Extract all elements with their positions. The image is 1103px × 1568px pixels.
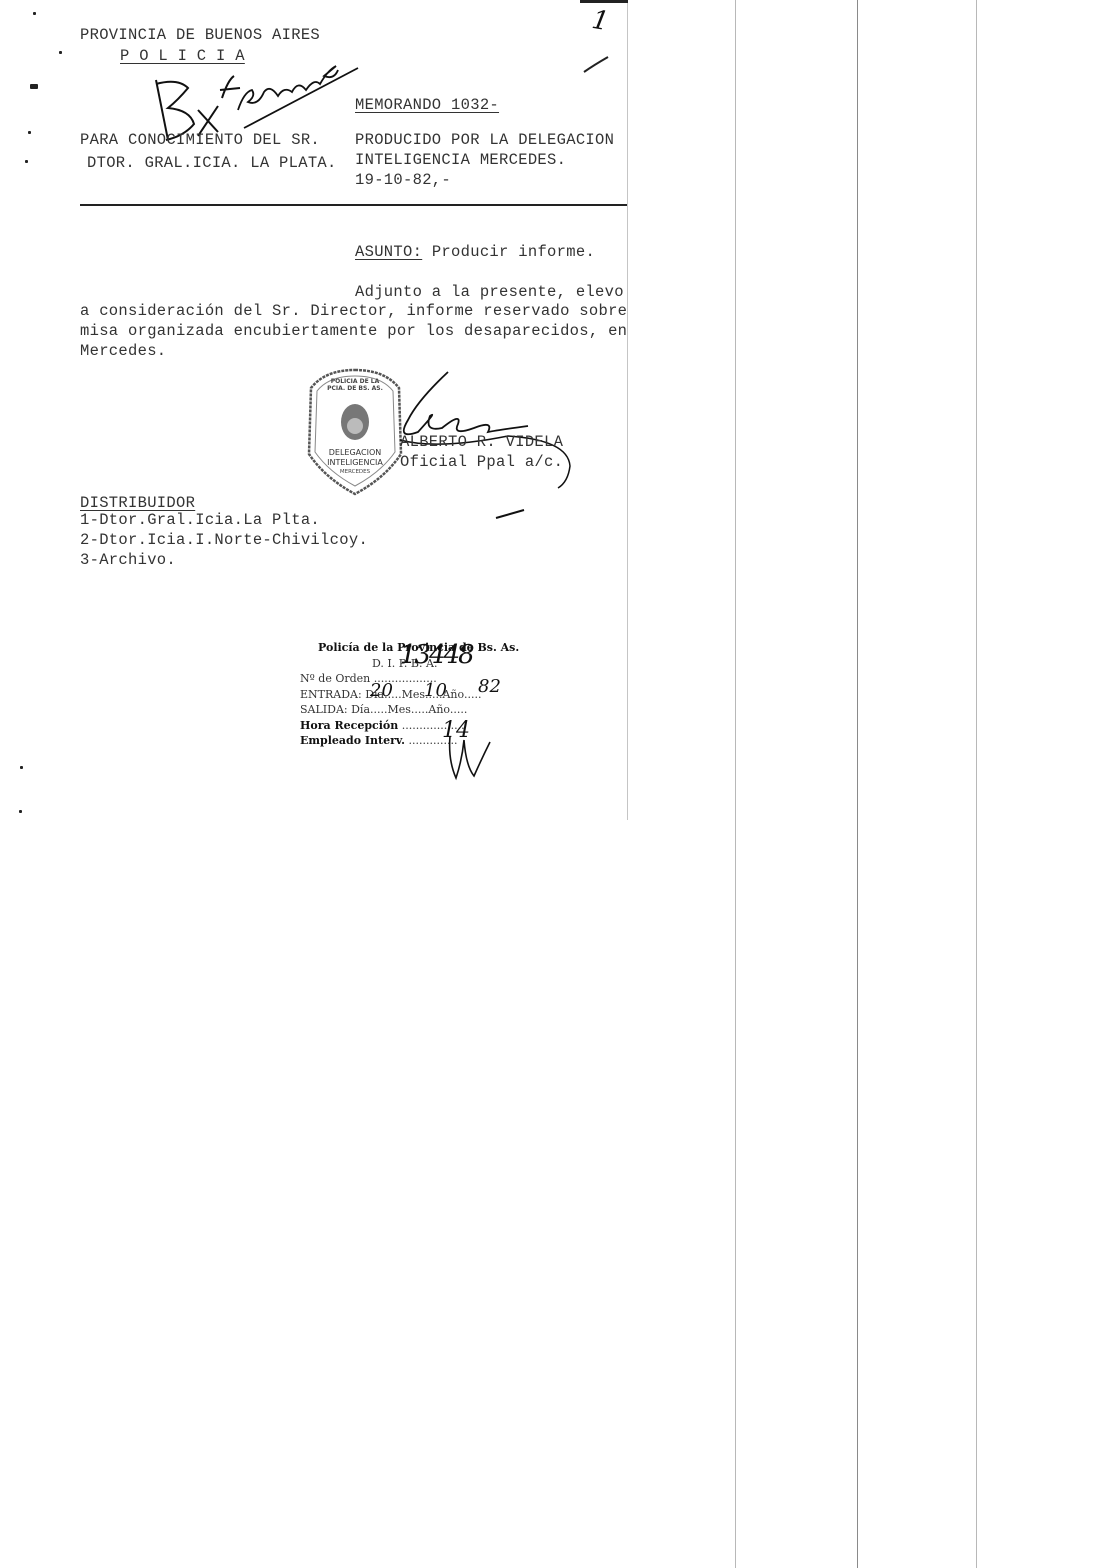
memo-number: MEMORANDO 1032-	[355, 96, 499, 114]
body-line-1: Adjunto a la presente, elevo	[355, 283, 624, 301]
scan-speck	[20, 766, 23, 769]
scan-artifact-line	[857, 0, 858, 1568]
header-divider	[80, 204, 627, 206]
distribution-item: 1-Dtor.Gral.Icia.La Plta.	[80, 511, 320, 529]
employee-label: Empleado Interv.	[300, 734, 405, 747]
exit-year-label: Año	[428, 703, 449, 716]
distribution-item: 2-Dtor.Icia.I.Norte-Chivilcoy.	[80, 531, 368, 549]
scan-artifact-line	[735, 0, 736, 1568]
body-line-3: misa organizada encubiertamente por los …	[80, 322, 627, 340]
scan-speck	[59, 51, 62, 54]
scan-speck	[19, 810, 22, 813]
exit-month-label: Mes	[388, 703, 411, 716]
order-number-handwritten: 13448	[400, 640, 473, 670]
entry-month-handwritten: 10	[424, 680, 447, 701]
reception-label: Hora Recepción	[300, 719, 398, 732]
distribution-item: 3-Archivo.	[80, 551, 176, 569]
signatory-name: ALBERTO R. VIDELA	[400, 433, 563, 451]
exit-day-label: Día	[351, 703, 370, 716]
signatory-title: Oficial Ppal a/c.	[400, 453, 563, 471]
entry-month-label: Mes	[402, 688, 425, 701]
scan-speck	[33, 12, 36, 15]
scan-speck	[30, 84, 38, 89]
check-mark	[582, 55, 612, 75]
exit-label: SALIDA:	[300, 703, 348, 716]
top-edge-rule	[580, 0, 628, 3]
order-label: Nº de Orden	[300, 672, 370, 685]
produced-by-line-2: INTELIGENCIA MERCEDES.	[355, 151, 566, 169]
entry-year-handwritten: 82	[478, 676, 501, 697]
subject-text: Producir informe.	[432, 243, 595, 261]
recipient-line-1: PARA CONOCIMIENTO DEL SR.	[80, 131, 320, 149]
produced-by-line-1: PRODUCIDO POR LA DELEGACION	[355, 131, 614, 149]
entry-day-handwritten: 20	[370, 680, 393, 701]
body-line-4: Mercedes.	[80, 342, 166, 360]
scan-speck	[28, 131, 31, 134]
recipient-line-2: DTOR. GRAL.ICIA. LA PLATA.	[87, 154, 337, 172]
entry-label: ENTRADA:	[300, 688, 362, 701]
memo-date: 19-10-82,-	[355, 171, 451, 189]
stamp-initials-scrawl	[440, 730, 500, 784]
body-line-2: a consideración del Sr. Director, inform…	[80, 302, 627, 320]
subject-line: ASUNTO: Producir informe.	[355, 243, 595, 261]
document-right-edge	[627, 0, 628, 820]
distribution-heading: DISTRIBUIDOR	[80, 494, 195, 512]
scan-speck	[25, 160, 28, 163]
subject-label: ASUNTO:	[355, 243, 422, 261]
page-number-mark: 1	[590, 5, 612, 37]
scan-artifact-line	[976, 0, 977, 1568]
